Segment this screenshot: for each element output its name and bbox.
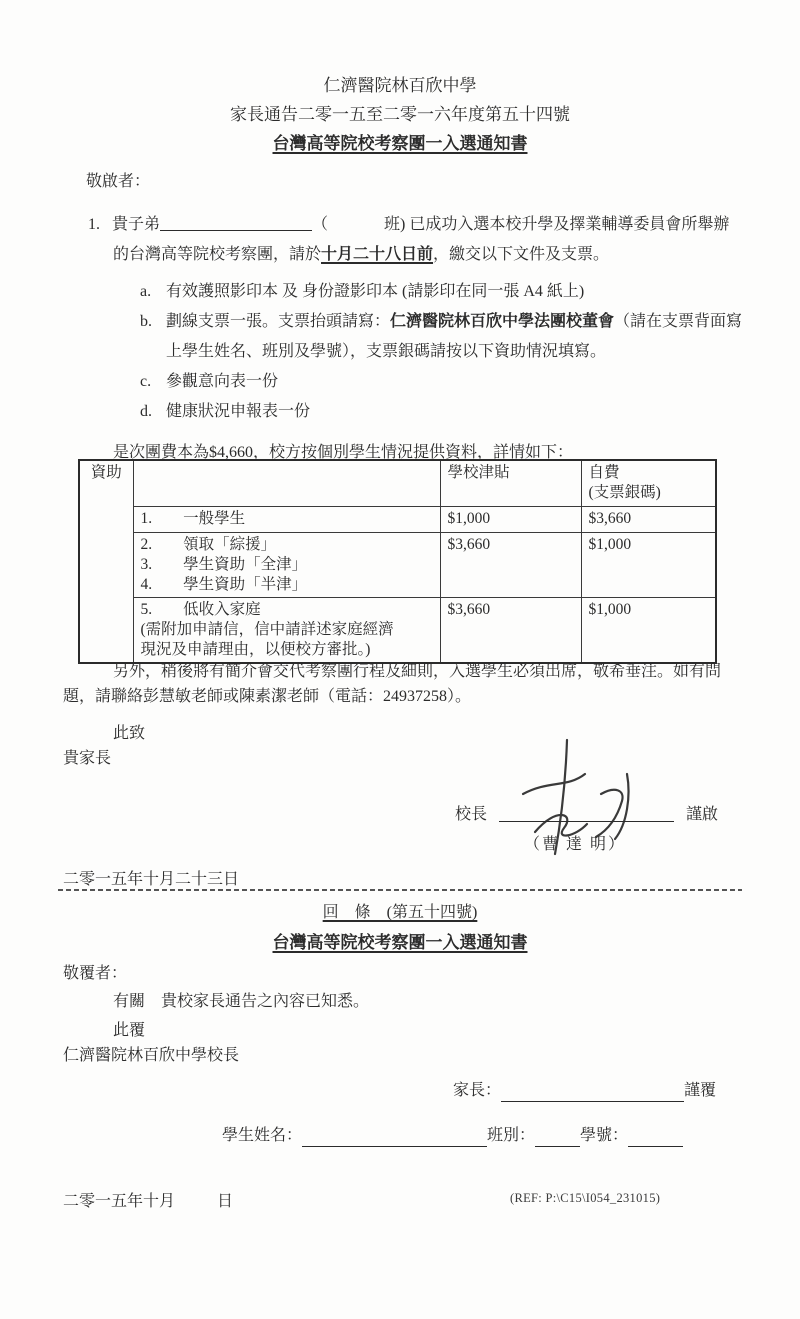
list-label: d.	[140, 397, 166, 427]
item-number: 1.	[88, 216, 100, 233]
subsidy-table: 資助 學校津貼 自費(支票銀碼) 1. 一般學生 $1,000 $3,660 2…	[78, 459, 717, 664]
reply-body: 有關 貴校家長通告之內容已知悉。	[113, 988, 369, 1011]
file-reference: (REF: P:\C15\I054_231015)	[510, 1191, 660, 1206]
header-desc	[133, 460, 440, 506]
deadline: 十月二十八日前	[321, 246, 433, 263]
paren-open: （	[312, 216, 328, 233]
respect-label: 謹啟	[686, 801, 718, 824]
table-header-row: 資助 學校津貼 自費(支票銀碼)	[79, 460, 716, 506]
list-item-c: c. 參觀意向表一份	[140, 367, 744, 397]
briefing-note: 另外，稍後將有簡介會交代考察團行程及細則，入選學生必須出席，敬希垂注。如有問題，…	[63, 660, 741, 709]
principal-signature-line	[499, 800, 674, 822]
deadline-pre: 的台灣高等院校考察團，請於	[113, 246, 321, 263]
reply-slip-title: 回 條 (第五十四號)	[323, 904, 478, 921]
row-subsidy: $3,660	[440, 597, 581, 663]
school-name: 仁濟醫院林百欣中學	[0, 71, 800, 100]
class-blank-2	[535, 1130, 580, 1147]
reply-salutation: 敬覆者：	[63, 960, 127, 983]
paragraph-1-line-2: 的台灣高等院校考察團，請於十月二十八日前，繳交以下文件及支票。	[113, 241, 609, 264]
student-info-row: 學生姓名：班別：學號：	[222, 1122, 683, 1145]
cheque-pre: 劃線支票一張。支票抬頭請寫：	[166, 313, 390, 330]
parent-label: 家長：	[453, 1077, 501, 1100]
reply-notice-title: 台灣高等院校考察團一入選通知書	[273, 933, 528, 952]
letter-date: 二零一五年十月二十三日	[63, 866, 239, 889]
row-subsidy: $1,000	[440, 506, 581, 532]
reply-date-row: 二零一五年十月日	[63, 1188, 233, 1211]
cheque-payee: 仁濟醫院林百欣中學法團校董會	[390, 313, 614, 330]
subsidy-table-wrap: 資助 學校津貼 自費(支票銀碼) 1. 一般學生 $1,000 $3,660 2…	[78, 459, 717, 664]
student-name-label: 貴子弟	[112, 216, 160, 233]
student-no-label: 學號：	[580, 1122, 628, 1145]
reply-date-pre: 二零一五年十月	[63, 1193, 175, 1210]
row-selfpay: $3,660	[581, 506, 716, 532]
row-subsidy: $3,660	[440, 532, 581, 597]
row-selfpay: $1,000	[581, 597, 716, 663]
list-label: c.	[140, 367, 166, 397]
principal-name: （曹 達 明）	[524, 831, 626, 854]
list-label: a.	[140, 277, 166, 307]
table-row: 5. 低收入家庭 (需附加申請信，信中請詳述家庭經濟 現況及申請理由，以便校方審…	[79, 597, 716, 663]
salutation: 敬啟者：	[86, 168, 150, 191]
list-text: 劃線支票一張。支票抬頭請寫：仁濟醫院林百欣中學法團校董會（請在支票背面寫上學生姓…	[166, 307, 744, 367]
paragraph-1-rest: 已成功入選本校升學及擇業輔導委員會所舉辦	[409, 216, 729, 233]
scanned-notice-page: 仁濟醫院林百欣中學 家長通告二零一五至二零一六年度第五十四號 台灣高等院校考察團…	[0, 0, 800, 1319]
header-selfpay-1: 自費	[589, 463, 709, 483]
header-subsidy: 學校津貼	[440, 460, 581, 506]
student-name-blank	[160, 214, 312, 231]
class-label: 班別：	[487, 1122, 535, 1145]
principal-label: 校長	[455, 801, 487, 824]
reply-closing: 此覆	[113, 1017, 145, 1040]
table-row: 2. 領取「綜援」 3. 學生資助「全津」 4. 學生資助「半津」 $3,660…	[79, 532, 716, 597]
closing-line-1: 此致	[113, 720, 145, 743]
row-desc: 2. 領取「綜援」 3. 學生資助「全津」 4. 學生資助「半津」	[133, 532, 440, 597]
row-desc: 1. 一般學生	[133, 506, 440, 532]
notice-title: 台灣高等院校考察團一入選通知書	[0, 129, 800, 158]
student-no-blank	[628, 1130, 683, 1147]
reply-slip-header: 回 條 (第五十四號)	[0, 899, 800, 922]
list-text: 有效護照影印本 及 身份證影印本 (請影印在同一張 A4 紙上)	[166, 277, 744, 307]
closing-line-2: 貴家長	[63, 745, 111, 768]
list-text: 參觀意向表一份	[166, 367, 744, 397]
parent-respect-label: 謹覆	[684, 1077, 716, 1100]
document-list: a. 有效護照影印本 及 身份證影印本 (請影印在同一張 A4 紙上) b. 劃…	[140, 277, 744, 427]
reply-date-suffix: 日	[217, 1193, 233, 1210]
header-selfpay-2: (支票銀碼)	[589, 483, 709, 503]
student-name-label: 學生姓名：	[222, 1122, 302, 1145]
table-row: 1. 一般學生 $1,000 $3,660	[79, 506, 716, 532]
list-label: b.	[140, 307, 166, 337]
deadline-post: ，繳交以下文件及支票。	[433, 246, 609, 263]
tear-off-divider	[58, 889, 742, 891]
letterhead: 仁濟醫院林百欣中學 家長通告二零一五至二零一六年度第五十四號 台灣高等院校考察團…	[0, 71, 800, 158]
header-selfpay: 自費(支票銀碼)	[581, 460, 716, 506]
row-desc: 5. 低收入家庭 (需附加申請信，信中請詳述家庭經濟 現況及申請理由，以便校方審…	[133, 597, 440, 663]
paragraph-1-line-1: 1. 貴子弟（班) 已成功入選本校升學及擇業輔導委員會所舉辦	[88, 211, 768, 234]
notice-number: 家長通告二零一五至二零一六年度第五十四號	[0, 100, 800, 129]
parent-signature-blank	[501, 1085, 684, 1102]
corner-label: 資助	[79, 460, 133, 663]
class-suffix: 班)	[384, 216, 405, 233]
list-item-b: b. 劃線支票一張。支票抬頭請寫：仁濟醫院林百欣中學法團校董會（請在支票背面寫上…	[140, 307, 744, 367]
reply-recipient: 仁濟醫院林百欣中學校長	[63, 1042, 239, 1065]
list-item-a: a. 有效護照影印本 及 身份證影印本 (請影印在同一張 A4 紙上)	[140, 277, 744, 307]
reply-notice-title-wrap: 台灣高等院校考察團一入選通知書	[0, 928, 800, 957]
principal-sign-row: 校長 謹啟	[455, 800, 718, 824]
row-selfpay: $1,000	[581, 532, 716, 597]
student-name-blank-2	[302, 1130, 487, 1147]
parent-sign-row: 家長：謹覆	[453, 1077, 716, 1100]
list-text: 健康狀況申報表一份	[166, 397, 744, 427]
list-item-d: d. 健康狀況申報表一份	[140, 397, 744, 427]
